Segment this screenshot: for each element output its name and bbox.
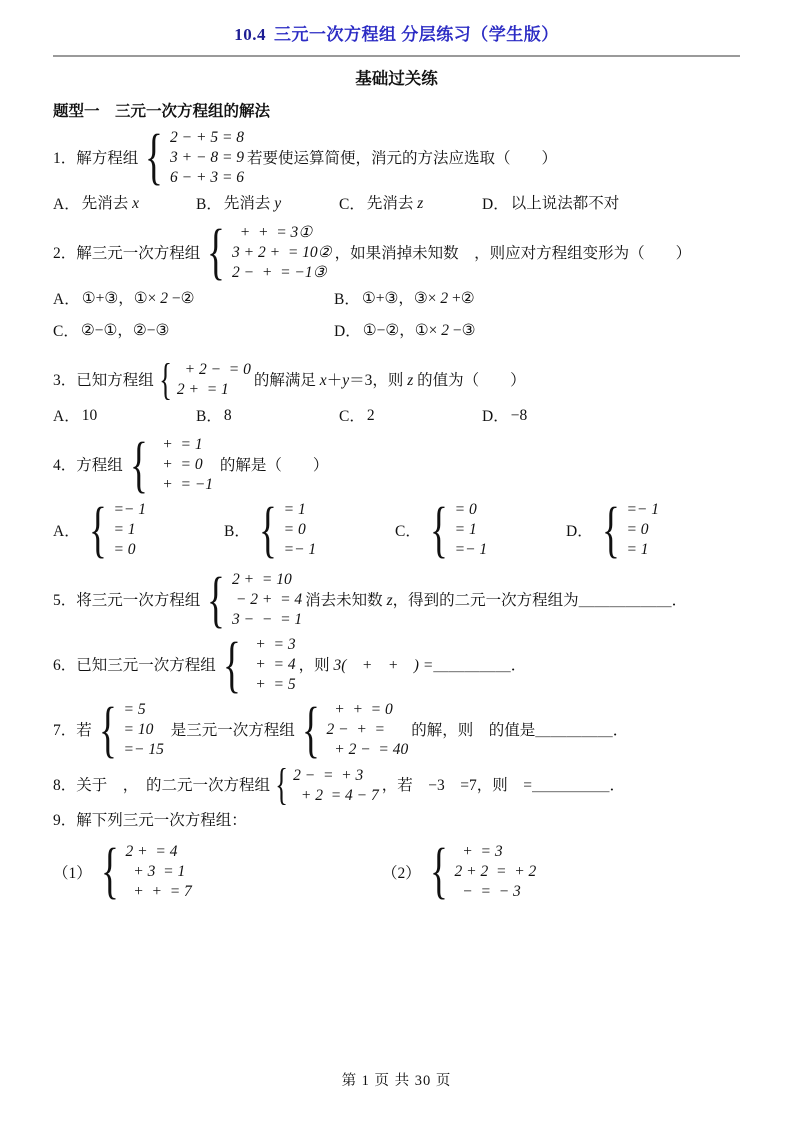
question-line: 1．解方程组{2 − + 5 = 83 + − 8 = 96 − + 3 = 6… [53, 127, 740, 189]
equation-system: { + = 32 + 2 = + 2 − = − 3 [424, 842, 537, 902]
equation-rows: + + = 02 − + = + 2 − = 40 [322, 700, 408, 760]
option-label: B． [334, 287, 360, 309]
equation-rows: + + = 3①3 + 2 + = 10②2 − + = −1③ [228, 223, 332, 283]
option-label: A． [53, 192, 80, 214]
equation-row: =− 1 [284, 540, 317, 560]
option-label: C． [53, 319, 79, 341]
option-label: （2） [382, 861, 421, 883]
left-brace-icon: { [430, 502, 448, 559]
left-brace-icon: { [145, 129, 163, 186]
option-label: A． [53, 287, 80, 309]
equation-row: = 1 [455, 520, 488, 540]
question-4: 4．方程组{ + = 1 + = 0 + = −1 的解是（ ）A．{=− 1=… [53, 434, 740, 561]
option-item: B．{= 1= 0=− 1 [224, 499, 395, 561]
option-item: D．①−②，①× 2 −③ [334, 319, 740, 341]
equation-row: + + = 3① [232, 223, 332, 243]
equation-row: 2 − = + 3 [293, 766, 379, 786]
question-text: 先消去 x [82, 193, 139, 214]
options-group: （1）{2 + = 4 + 3 = 1 + + = 7（2）{ + = 32 +… [53, 835, 740, 903]
option-label: A． [53, 519, 80, 541]
question-text: ①+③，③× 2 +② [362, 288, 475, 309]
question-line: 5．将三元一次方程组{2 + = 10 − 2 + = 43 − − = 1消去… [53, 569, 740, 631]
question-text: 6．已知三元一次方程组 [53, 655, 216, 676]
equation-system: {= 1= 0=− 1 [253, 500, 316, 560]
equation-row: 2 + = 1 [177, 380, 251, 400]
left-brace-icon: { [159, 360, 172, 400]
page-title: 10.4三元一次方程组 分层练习（学生版） [53, 20, 740, 45]
equation-row: + 2 − = 0 [177, 360, 251, 380]
section-header: 基础过关练 [53, 65, 740, 89]
equation-row: − 2 + = 4 [232, 590, 302, 610]
question-text: 3．已知方程组 [53, 370, 154, 391]
option-label: B． [224, 519, 250, 541]
option-item: C．{= 0= 1=− 1 [395, 499, 566, 561]
option-item: （1）{2 + = 4 + 3 = 1 + + = 7 [53, 841, 382, 903]
equation-row: = 1 [113, 520, 146, 540]
question-text: 9．解下列三元一次方程组： [53, 810, 247, 831]
equation-row: = 0 [626, 520, 659, 540]
equation-row: 2 − + 5 = 8 [170, 128, 244, 148]
equation-rows: + 2 − = 02 + = 1 [173, 360, 251, 400]
equation-row: = 10 [124, 720, 164, 740]
option-item: D．{=− 1= 0= 1 [566, 499, 737, 561]
question-text: 4．方程组 [53, 455, 123, 476]
equation-rows: =− 1= 1= 0 [109, 500, 146, 560]
equation-row: = 1 [284, 500, 317, 520]
option-label: C． [339, 404, 365, 426]
option-item: C．先消去 z [339, 192, 482, 214]
left-brace-icon: { [275, 765, 288, 805]
question-text: ①+③，①× 2 −② [82, 288, 195, 309]
question-text: 的解满足 x＋y＝3，则 z 的值为（ ） [254, 370, 526, 391]
question-text: ，则 3( + + ) =＿＿＿＿＿． [299, 655, 527, 676]
question-line: 6．已知三元一次方程组{ + = 3 + = 4 + = 5，则 3( + + … [53, 634, 740, 696]
option-item: C．②−①，②−③ [53, 319, 334, 341]
question-text: 的解是（ ） [216, 455, 328, 476]
left-brace-icon: { [223, 637, 241, 694]
question-text: 若要使运算简便，消元的方法应选取（ ） [247, 148, 557, 169]
option-label: D． [566, 519, 593, 541]
equation-row: + 3 = 1 [126, 862, 192, 882]
question-1: 1．解方程组{2 − + 5 = 83 + − 8 = 96 − + 3 = 6… [53, 127, 740, 214]
option-label: C． [339, 192, 365, 214]
question-text: 8．关于 ， 的二元一次方程组 [53, 775, 270, 796]
equation-system: {2 − + 5 = 83 + − 8 = 96 − + 3 = 6 [139, 128, 244, 188]
question-text: ①−②，①× 2 −③ [363, 320, 476, 341]
equation-rows: = 5= 10=− 15 [120, 700, 164, 760]
page-number: 第 1 页 共 30 页 [0, 1069, 793, 1090]
option-label: D． [482, 192, 509, 214]
option-item: A．10 [53, 404, 196, 426]
equation-system: { + = 1 + = 0 + = −1 [124, 435, 213, 495]
equation-row: 2 − + = −1③ [232, 263, 332, 283]
equation-row: + + = 0 [326, 700, 408, 720]
option-item: B．先消去 y [196, 192, 339, 214]
left-brace-icon: { [302, 702, 320, 759]
question-line: 4．方程组{ + = 1 + = 0 + = −1 的解是（ ） [53, 434, 740, 496]
question-text: 先消去 z [367, 193, 423, 214]
question-text: 2 [367, 405, 375, 426]
left-brace-icon: { [89, 502, 107, 559]
question-line: 7．若{= 5= 10=− 15 是三元一次方程组{ + + = 02 − + … [53, 699, 740, 761]
options-group: A．①+③，①× 2 −②B．①+③，③× 2 +②C．②−①，②−③D．①−②… [53, 287, 740, 351]
equation-system: {2 − = + 3 + 2 = 4 − 7 [271, 765, 379, 805]
question-text: ，若 −3 =7，则 =＿＿＿＿＿． [382, 775, 625, 796]
equation-row: + + = 7 [126, 882, 192, 902]
equation-system: {=− 1= 0= 1 [596, 500, 659, 560]
question-2: 2．解三元一次方程组{ + + = 3①3 + 2 + = 10②2 − + =… [53, 222, 740, 351]
equation-rows: 2 + = 10 − 2 + = 43 − − = 1 [228, 570, 302, 630]
question-9: 9．解下列三元一次方程组：（1）{2 + = 4 + 3 = 1 + + = 7… [53, 810, 740, 903]
left-brace-icon: { [101, 843, 119, 900]
equation-row: =− 1 [113, 500, 146, 520]
option-item: D．以上说法都不对 [482, 192, 740, 214]
document-page: 10.4三元一次方程组 分层练习（学生版） 基础过关练 题型一 三元一次方程组的… [0, 0, 793, 1122]
question-6: 6．已知三元一次方程组{ + = 3 + = 4 + = 5，则 3( + + … [53, 634, 740, 696]
option-item: D．−8 [482, 404, 740, 426]
question-text: 10 [82, 405, 98, 426]
equation-system: {2 + = 10 − 2 + = 43 − − = 1 [201, 570, 302, 630]
question-text: 1．解方程组 [53, 148, 138, 169]
option-label: C． [395, 519, 421, 541]
equation-system: {=− 1= 1= 0 [83, 500, 146, 560]
equation-rows: 2 − + 5 = 83 + − 8 = 96 − + 3 = 6 [166, 128, 244, 188]
equation-row: =− 1 [455, 540, 488, 560]
options-group: A．{=− 1= 1= 0B．{= 1= 0=− 1C．{= 0= 1=− 1D… [53, 499, 740, 561]
equation-rows: + = 1 + = 0 + = −1 [151, 435, 214, 495]
question-7: 7．若{= 5= 10=− 15 是三元一次方程组{ + + = 02 − + … [53, 699, 740, 761]
equation-row: = 1 [626, 540, 659, 560]
equation-row: 3 + − 8 = 9 [170, 148, 244, 168]
question-text: ，如果消掉未知数 ，则应对方程组变形为（ ） [335, 243, 692, 264]
option-item: A．先消去 x [53, 192, 196, 214]
equation-row: = 0 [113, 540, 146, 560]
left-brace-icon: { [259, 502, 277, 559]
option-label: B． [196, 404, 222, 426]
equation-row: + = 5 [248, 675, 296, 695]
left-brace-icon: { [602, 502, 620, 559]
equation-row: + 2 − = 40 [326, 740, 408, 760]
equation-row: 3 − − = 1 [232, 610, 302, 630]
question-line: 8．关于 ， 的二元一次方程组{2 − = + 3 + 2 = 4 − 7，若 … [53, 764, 740, 806]
title-number: 10.4 [234, 25, 266, 44]
question-text: 的解，则 的值是＿＿＿＿＿． [411, 720, 628, 741]
equation-row: + = −1 [155, 475, 214, 495]
question-line: 3．已知方程组{ + 2 − = 02 + = 1的解满足 x＋y＝3，则 z … [53, 359, 740, 401]
question-3: 3．已知方程组{ + 2 − = 02 + = 1的解满足 x＋y＝3，则 z … [53, 359, 740, 426]
option-item: C．2 [339, 404, 482, 426]
option-item: A．①+③，①× 2 −② [53, 287, 334, 309]
options-group: A．10B．8C．2D．−8 [53, 404, 740, 426]
equation-row: 2 + = 10 [232, 570, 302, 590]
left-brace-icon: { [207, 224, 225, 281]
question-text: 以上说法都不对 [511, 193, 620, 214]
option-item: B．8 [196, 404, 339, 426]
equation-row: 3 + 2 + = 10② [232, 243, 332, 263]
equation-rows: =− 1= 0= 1 [622, 500, 659, 560]
equation-row: = 0 [284, 520, 317, 540]
options-group: A．先消去 xB．先消去 yC．先消去 zD．以上说法都不对 [53, 192, 740, 214]
question-text: 消去未知数 z，得到的二元一次方程组为＿＿＿＿＿＿． [305, 590, 687, 611]
equation-row: − = − 3 [455, 882, 537, 902]
question-text: 8 [224, 405, 232, 426]
option-label: （1） [53, 861, 92, 883]
left-brace-icon: { [430, 843, 448, 900]
question-text: −8 [511, 405, 528, 426]
topic-header: 题型一 三元一次方程组的解法 [53, 99, 740, 121]
question-text: 7．若 [53, 720, 92, 741]
equation-row: + = 3 [455, 842, 537, 862]
equation-row: = 0 [455, 500, 488, 520]
equation-system: {= 5= 10=− 15 [93, 700, 164, 760]
question-8: 8．关于 ， 的二元一次方程组{2 − = + 3 + 2 = 4 − 7，若 … [53, 764, 740, 806]
question-line: 2．解三元一次方程组{ + + = 3①3 + 2 + = 10②2 − + =… [53, 222, 740, 284]
title-text: 三元一次方程组 分层练习（学生版） [274, 25, 559, 44]
equation-rows: = 1= 0=− 1 [280, 500, 317, 560]
left-brace-icon: { [99, 702, 117, 759]
equation-rows: + = 32 + 2 = + 2 − = − 3 [451, 842, 537, 902]
question-text: 2．解三元一次方程组 [53, 243, 200, 264]
option-item: A．{=− 1= 1= 0 [53, 499, 224, 561]
equation-row: + = 0 [155, 455, 214, 475]
equation-row: + = 1 [155, 435, 214, 455]
option-item: （2）{ + = 32 + 2 = + 2 − = − 3 [382, 841, 711, 903]
equation-row: 2 − + = [326, 720, 408, 740]
equation-system: { + + = 3①3 + 2 + = 10②2 − + = −1③ [201, 223, 331, 283]
left-brace-icon: { [207, 572, 225, 629]
option-label: D． [334, 319, 361, 341]
equation-row: =− 1 [626, 500, 659, 520]
option-item: B．①+③，③× 2 +② [334, 287, 740, 309]
question-5: 5．将三元一次方程组{2 + = 10 − 2 + = 43 − − = 1消去… [53, 569, 740, 631]
equation-system: { + = 3 + = 4 + = 5 [217, 635, 296, 695]
question-text: ②−①，②−③ [81, 320, 170, 341]
question-text: 先消去 y [224, 193, 281, 214]
divider [53, 55, 740, 57]
equation-rows: + = 3 + = 4 + = 5 [244, 635, 296, 695]
equation-system: {2 + = 4 + 3 = 1 + + = 7 [95, 842, 192, 902]
equation-row: = 5 [124, 700, 164, 720]
option-label: B． [196, 192, 222, 214]
equation-rows: 2 + = 4 + 3 = 1 + + = 7 [122, 842, 192, 902]
equation-row: 2 + 2 = + 2 [455, 862, 537, 882]
question-line: 9．解下列三元一次方程组： [53, 810, 740, 832]
equation-row: =− 15 [124, 740, 164, 760]
question-text: 是三元一次方程组 [167, 720, 295, 741]
equation-row: + = 3 [248, 635, 296, 655]
equation-rows: 2 − = + 3 + 2 = 4 − 7 [289, 766, 379, 806]
equation-system: {= 0= 1=− 1 [424, 500, 487, 560]
equation-rows: = 0= 1=− 1 [451, 500, 488, 560]
equation-row: 2 + = 4 [126, 842, 192, 862]
questions-container: 1．解方程组{2 − + 5 = 83 + − 8 = 96 − + 3 = 6… [53, 127, 740, 903]
option-label: A． [53, 404, 80, 426]
equation-row: 6 − + 3 = 6 [170, 168, 244, 188]
equation-row: + = 4 [248, 655, 296, 675]
equation-row: + 2 = 4 − 7 [293, 786, 379, 806]
equation-system: { + + = 02 − + = + 2 − = 40 [296, 700, 409, 760]
equation-system: { + 2 − = 02 + = 1 [155, 360, 251, 400]
option-label: D． [482, 404, 509, 426]
left-brace-icon: { [130, 437, 148, 494]
question-text: 5．将三元一次方程组 [53, 590, 200, 611]
